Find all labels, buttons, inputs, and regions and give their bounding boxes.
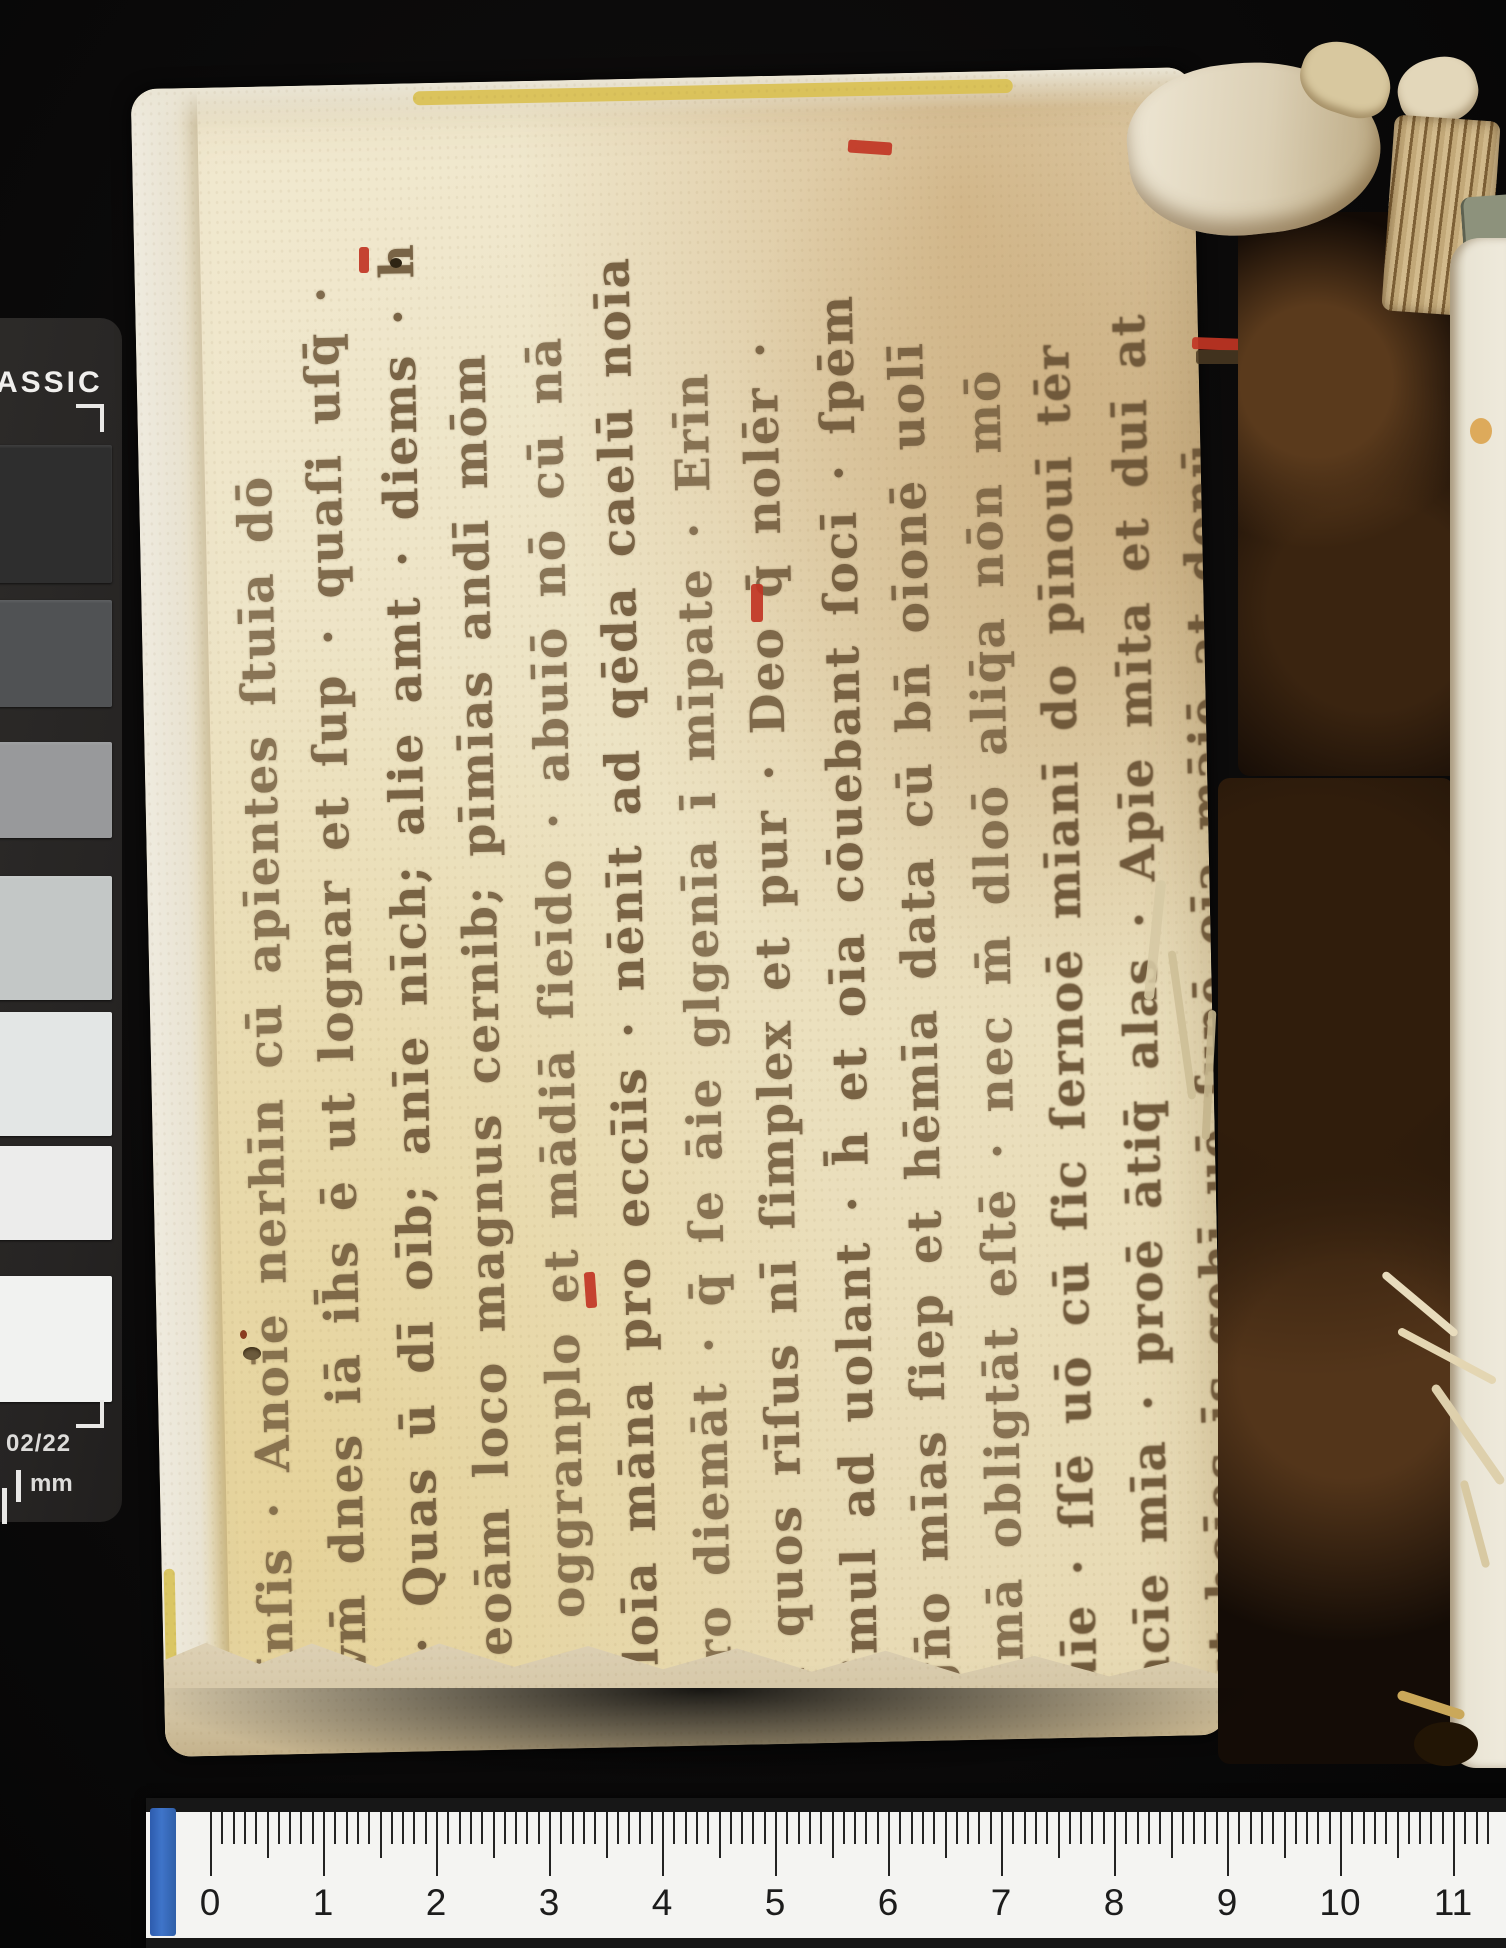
wormhole xyxy=(243,1347,261,1360)
ruler-tick xyxy=(651,1812,653,1844)
ruler-tick xyxy=(741,1812,743,1844)
ruler-tick xyxy=(368,1812,370,1844)
ruler-tick xyxy=(1442,1812,1444,1844)
ruler-tick xyxy=(1351,1812,1353,1844)
ruler-tick xyxy=(391,1812,393,1844)
ruler-tick xyxy=(865,1812,867,1844)
ruler-tick xyxy=(1476,1812,1478,1844)
ruler-tick xyxy=(1080,1812,1082,1844)
ruler-tick xyxy=(1306,1812,1308,1844)
ruler-tick xyxy=(877,1812,879,1844)
ruler-tick xyxy=(1137,1812,1139,1844)
rubric-paraph-mark xyxy=(751,584,763,622)
ruler-tick xyxy=(1250,1812,1252,1844)
ruler-tick xyxy=(1261,1812,1263,1844)
ruler-tick xyxy=(639,1812,641,1844)
binding-tuft xyxy=(1414,1722,1478,1766)
rotated-text-block: dīnſis · Anoīe nerhīn cū apīentes ſtuīa … xyxy=(209,118,1228,1709)
ruler-tick xyxy=(233,1812,235,1844)
ruler-tick xyxy=(1453,1812,1455,1876)
ruler-tick xyxy=(798,1812,800,1844)
ruler-tick xyxy=(820,1812,822,1844)
ruler-number: 2 xyxy=(406,1882,466,1924)
ruler-tick xyxy=(255,1812,257,1844)
ruler-tick xyxy=(572,1812,574,1844)
ruler-tick xyxy=(1182,1812,1184,1844)
gray-patch xyxy=(0,1146,112,1240)
stain-spot xyxy=(1470,418,1492,444)
ruler-tick xyxy=(1284,1812,1286,1858)
ruler-tick xyxy=(1397,1812,1399,1858)
ruler-tick xyxy=(1317,1812,1319,1844)
ruler-number: 7 xyxy=(971,1882,1031,1924)
ruler-number: 3 xyxy=(519,1882,579,1924)
ruler-tick xyxy=(1216,1812,1218,1844)
card-mm-tick xyxy=(2,1488,7,1524)
ruler-tick xyxy=(1385,1812,1387,1844)
ruler-tick xyxy=(1103,1812,1105,1844)
ruler-tick xyxy=(221,1812,223,1844)
ruler-tick xyxy=(978,1812,980,1844)
gray-patch xyxy=(0,742,112,838)
gray-patch xyxy=(0,1012,112,1136)
ruler-tick xyxy=(1238,1812,1240,1844)
ruler-tick xyxy=(1227,1812,1229,1876)
ruler-number: 4 xyxy=(632,1882,692,1924)
card-mm-label: mm xyxy=(30,1470,73,1498)
ruler-tick xyxy=(459,1812,461,1844)
ruler-tick xyxy=(1363,1812,1365,1844)
card-brand-text: ASSIC xyxy=(0,366,103,400)
ruler-tick xyxy=(1069,1812,1071,1844)
ruler-tick xyxy=(1272,1812,1274,1844)
ruler-tick xyxy=(1419,1812,1421,1844)
ruler-tick xyxy=(1058,1812,1060,1858)
ruler-tick xyxy=(696,1812,698,1844)
ruler-tick xyxy=(538,1812,540,1844)
ruler-tick xyxy=(210,1812,212,1876)
ruler-top-strip xyxy=(146,1798,1506,1812)
ruler-tick xyxy=(1046,1812,1048,1844)
ruler-number: 9 xyxy=(1197,1882,1257,1924)
ruler-tick xyxy=(526,1812,528,1844)
photo-scene: ASSIC 02/22 mm dīnſis · Anoīe nerhīn cū … xyxy=(0,0,1506,1948)
ruler-tick xyxy=(289,1812,291,1844)
ruler-tick xyxy=(911,1812,913,1844)
ruler-tick xyxy=(1159,1812,1161,1844)
ruler-tick xyxy=(843,1812,845,1844)
ruler-tick xyxy=(300,1812,302,1844)
ruler-tick xyxy=(730,1812,732,1844)
calibration-card: ASSIC 02/22 mm xyxy=(0,318,122,1522)
gray-patch xyxy=(0,445,112,583)
ruler-tick xyxy=(673,1812,675,1844)
ruler-tick xyxy=(1329,1812,1331,1844)
ruler-tick xyxy=(334,1812,336,1844)
book-shadow xyxy=(140,1688,1270,1784)
leather-binding-lower xyxy=(1218,778,1454,1764)
ruler-tick xyxy=(854,1812,856,1844)
ruler-tick xyxy=(956,1812,958,1844)
ruler-tick xyxy=(493,1812,495,1858)
ruler-tick xyxy=(515,1812,517,1844)
ruler-tick xyxy=(380,1812,382,1858)
ruler-tick xyxy=(1125,1812,1127,1844)
ruler-tick xyxy=(312,1812,314,1844)
ruler-number: 0 xyxy=(180,1882,240,1924)
ruler-tick xyxy=(764,1812,766,1844)
ruler-tick xyxy=(425,1812,427,1844)
card-corner-mark-top xyxy=(76,404,104,432)
ruler-tick xyxy=(402,1812,404,1844)
ruler-tick xyxy=(413,1812,415,1844)
ruler-tick xyxy=(346,1812,348,1844)
ruler-tick xyxy=(278,1812,280,1844)
ruler-tick xyxy=(470,1812,472,1844)
ruler-tick xyxy=(447,1812,449,1844)
ruler-tick xyxy=(1487,1812,1489,1844)
ruler-tick xyxy=(1374,1812,1376,1844)
ruler-number: 10 xyxy=(1310,1882,1370,1924)
ruler-tick xyxy=(549,1812,551,1876)
ruler-tick xyxy=(752,1812,754,1844)
ruler-tick xyxy=(267,1812,269,1858)
ruler-number: 1 xyxy=(293,1882,353,1924)
ruler-tick xyxy=(1430,1812,1432,1844)
ruler-tick xyxy=(1204,1812,1206,1844)
ruler-number: 6 xyxy=(858,1882,918,1924)
ruler-tick xyxy=(1012,1812,1014,1844)
ruler-tick xyxy=(1114,1812,1116,1876)
ruler-tick xyxy=(899,1812,901,1844)
ruler-tick xyxy=(1408,1812,1410,1844)
ruler-tick xyxy=(594,1812,596,1844)
ruler-tick xyxy=(967,1812,969,1844)
ruler-tick xyxy=(832,1812,834,1858)
ruler-tick xyxy=(481,1812,483,1844)
ruler-tick xyxy=(775,1812,777,1876)
ruler-tick xyxy=(1001,1812,1003,1876)
ruler-tick xyxy=(719,1812,721,1858)
ruler-tick xyxy=(922,1812,924,1844)
ruler-number: 5 xyxy=(745,1882,805,1924)
ruler-tick xyxy=(888,1812,890,1876)
ruler-tick xyxy=(1464,1812,1466,1844)
ruler-tick xyxy=(990,1812,992,1844)
rubric-paraph-mark xyxy=(359,247,369,273)
gray-patch xyxy=(0,876,112,1000)
ruler-tick xyxy=(617,1812,619,1844)
ruler-tick xyxy=(323,1812,325,1876)
card-mm-tick xyxy=(16,1470,21,1502)
ruler-tick xyxy=(1148,1812,1150,1844)
ruler-tick xyxy=(809,1812,811,1844)
ruler-bottom-strip xyxy=(146,1938,1506,1948)
ruler-tick xyxy=(560,1812,562,1844)
ruler-tick xyxy=(504,1812,506,1844)
ruler-tick xyxy=(786,1812,788,1844)
card-date-label: 02/22 xyxy=(6,1430,71,1458)
ruler-tick xyxy=(662,1812,664,1876)
ruler-tick xyxy=(436,1812,438,1876)
ruler-tick xyxy=(1024,1812,1026,1844)
card-corner-mark-bottom xyxy=(76,1400,104,1428)
ruler-tick xyxy=(1035,1812,1037,1844)
ruler-tick xyxy=(933,1812,935,1844)
ruler-tick xyxy=(244,1812,246,1844)
ruler-tick xyxy=(628,1812,630,1844)
ruler-tick xyxy=(685,1812,687,1844)
ink-blot xyxy=(390,258,402,268)
ruler: 01234567891011 xyxy=(146,1798,1506,1948)
ruler-blue-tape xyxy=(150,1808,176,1936)
ruler-number: 11 xyxy=(1423,1882,1483,1924)
ruler-tick xyxy=(707,1812,709,1844)
gray-patch xyxy=(0,1276,112,1402)
ruler-tick xyxy=(357,1812,359,1844)
gray-patch xyxy=(0,600,112,707)
red-speck xyxy=(240,1330,247,1339)
ruler-tick xyxy=(1171,1812,1173,1858)
ruler-tick xyxy=(1340,1812,1342,1876)
ruler-tick xyxy=(1193,1812,1195,1844)
ruler-tick xyxy=(1091,1812,1093,1844)
ruler-tick xyxy=(945,1812,947,1858)
ruler-number: 8 xyxy=(1084,1882,1144,1924)
manuscript-page: dīnſis · Anoīe nerhīn cū apīentes ſtuīa … xyxy=(131,67,1228,1757)
ruler-tick xyxy=(606,1812,608,1858)
ruler-tick xyxy=(583,1812,585,1844)
ruler-tick xyxy=(1295,1812,1297,1844)
